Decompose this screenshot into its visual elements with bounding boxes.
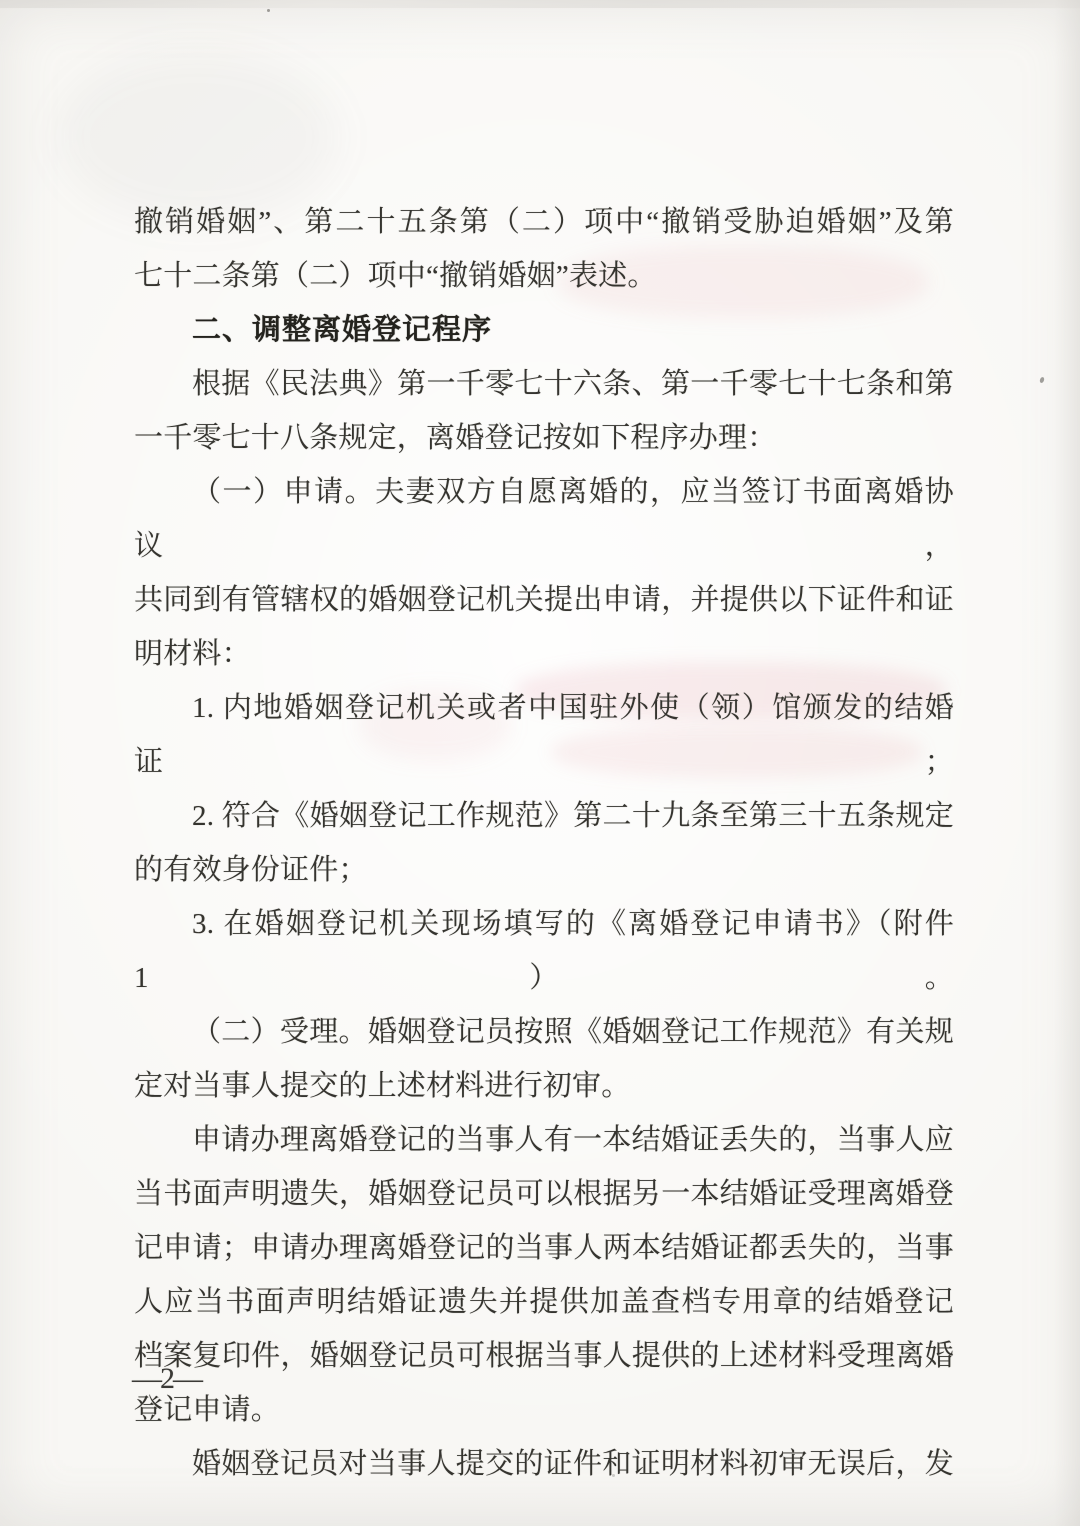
section-heading: 二、调整离婚登记程序 bbox=[134, 303, 954, 357]
document-page: 撤销婚姻”、第二十五条第（二）项中“撤销受胁迫婚姻”及第七十二条第（二）项中“撤… bbox=[0, 0, 1080, 1526]
text-line: 婚姻登记员对当事人提交的证件和证明材料初审无误后，发 bbox=[134, 1437, 954, 1491]
page-number: —2— bbox=[132, 1362, 201, 1396]
scan-speck bbox=[1039, 376, 1045, 383]
text-line: 定对当事人提交的上述材料进行初审。 bbox=[134, 1059, 954, 1113]
text-line: 共同到有管辖权的婚姻登记机关提出申请，并提供以下证件和证 bbox=[134, 573, 954, 627]
text-line: 根据《民法典》第一千零七十六条、第一千零七十七条和第 bbox=[134, 357, 954, 411]
text-line: 人应当书面声明结婚证遗失并提供加盖查档专用章的结婚登记 bbox=[134, 1275, 954, 1329]
text-line: 2. 符合《婚姻登记工作规范》第二十九条至第三十五条规定 bbox=[134, 789, 954, 843]
text-line: 明材料： bbox=[134, 627, 954, 681]
text-line: 七十二条第（二）项中“撤销婚姻”表述。 bbox=[134, 249, 954, 303]
text-line: 一千零七十八条规定，离婚登记按如下程序办理： bbox=[134, 411, 954, 465]
text-line: （二）受理。婚姻登记员按照《婚姻登记工作规范》有关规 bbox=[134, 1005, 954, 1059]
text-line: 档案复印件，婚姻登记员可根据当事人提供的上述材料受理离婚 bbox=[134, 1329, 954, 1383]
text-line: 3. 在婚姻登记机关现场填写的《离婚登记申请书》（附件1）。 bbox=[134, 897, 954, 1005]
text-line: 申请办理离婚登记的当事人有一本结婚证丢失的，当事人应 bbox=[134, 1113, 954, 1167]
text-line: （一）申请。夫妻双方自愿离婚的，应当签订书面离婚协议， bbox=[134, 465, 954, 573]
scan-speck bbox=[267, 9, 270, 12]
text-line: 撤销婚姻”、第二十五条第（二）项中“撤销受胁迫婚姻”及第 bbox=[134, 195, 954, 249]
text-line: 当书面声明遗失，婚姻登记员可以根据另一本结婚证受理离婚登 bbox=[134, 1167, 954, 1221]
text-line: 登记申请。 bbox=[134, 1383, 954, 1437]
text-line: 1. 内地婚姻登记机关或者中国驻外使（领）馆颁发的结婚证； bbox=[134, 681, 954, 789]
text-line: 的有效身份证件； bbox=[134, 843, 954, 897]
document-text-block: 撤销婚姻”、第二十五条第（二）项中“撤销受胁迫婚姻”及第七十二条第（二）项中“撤… bbox=[134, 195, 954, 1491]
text-line: 记申请；申请办理离婚登记的当事人两本结婚证都丢失的，当事 bbox=[134, 1221, 954, 1275]
